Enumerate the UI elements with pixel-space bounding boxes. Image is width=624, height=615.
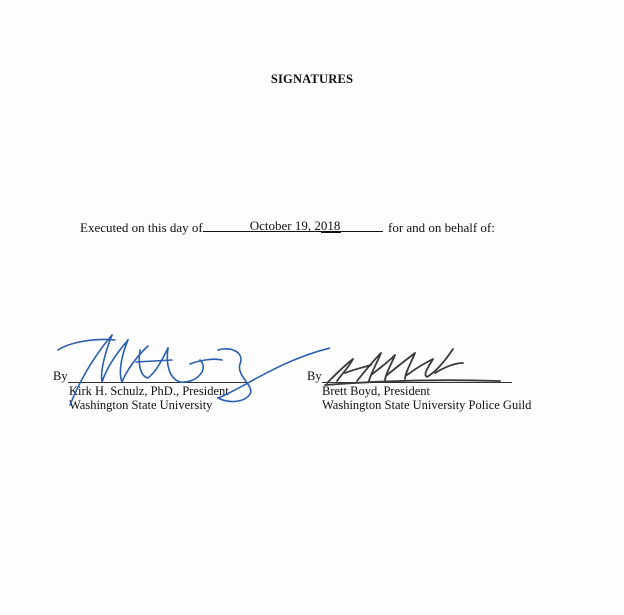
- by-label: By: [53, 369, 68, 384]
- by-label: By: [307, 369, 322, 384]
- signature-rule: [68, 382, 248, 383]
- execution-statement: Executed on this day ofOctober 19, 2018 …: [80, 220, 495, 236]
- signature-rule: [322, 382, 512, 383]
- signatory-organization: Washington State University: [53, 398, 229, 412]
- signature-block-wsu: By Kirk H. Schulz, PhD., President Washi…: [53, 368, 229, 412]
- document-title: SIGNATURES: [0, 72, 624, 87]
- executed-suffix: for and on behalf of:: [388, 220, 495, 235]
- signature-line: By: [307, 368, 531, 384]
- executed-prefix: Executed on this day of: [80, 220, 203, 235]
- signatory-organization: Washington State University Police Guild: [307, 398, 531, 412]
- execution-date-blank: October 19, 2018: [203, 231, 383, 232]
- signature-line: By: [53, 368, 229, 384]
- signatory-name-title: Kirk H. Schulz, PhD., President: [53, 384, 229, 398]
- signatory-name-title: Brett Boyd, President: [307, 384, 531, 398]
- signature-block-police-guild: By Brett Boyd, President Washington Stat…: [307, 368, 531, 412]
- execution-date: October 19, 2018: [250, 219, 341, 232]
